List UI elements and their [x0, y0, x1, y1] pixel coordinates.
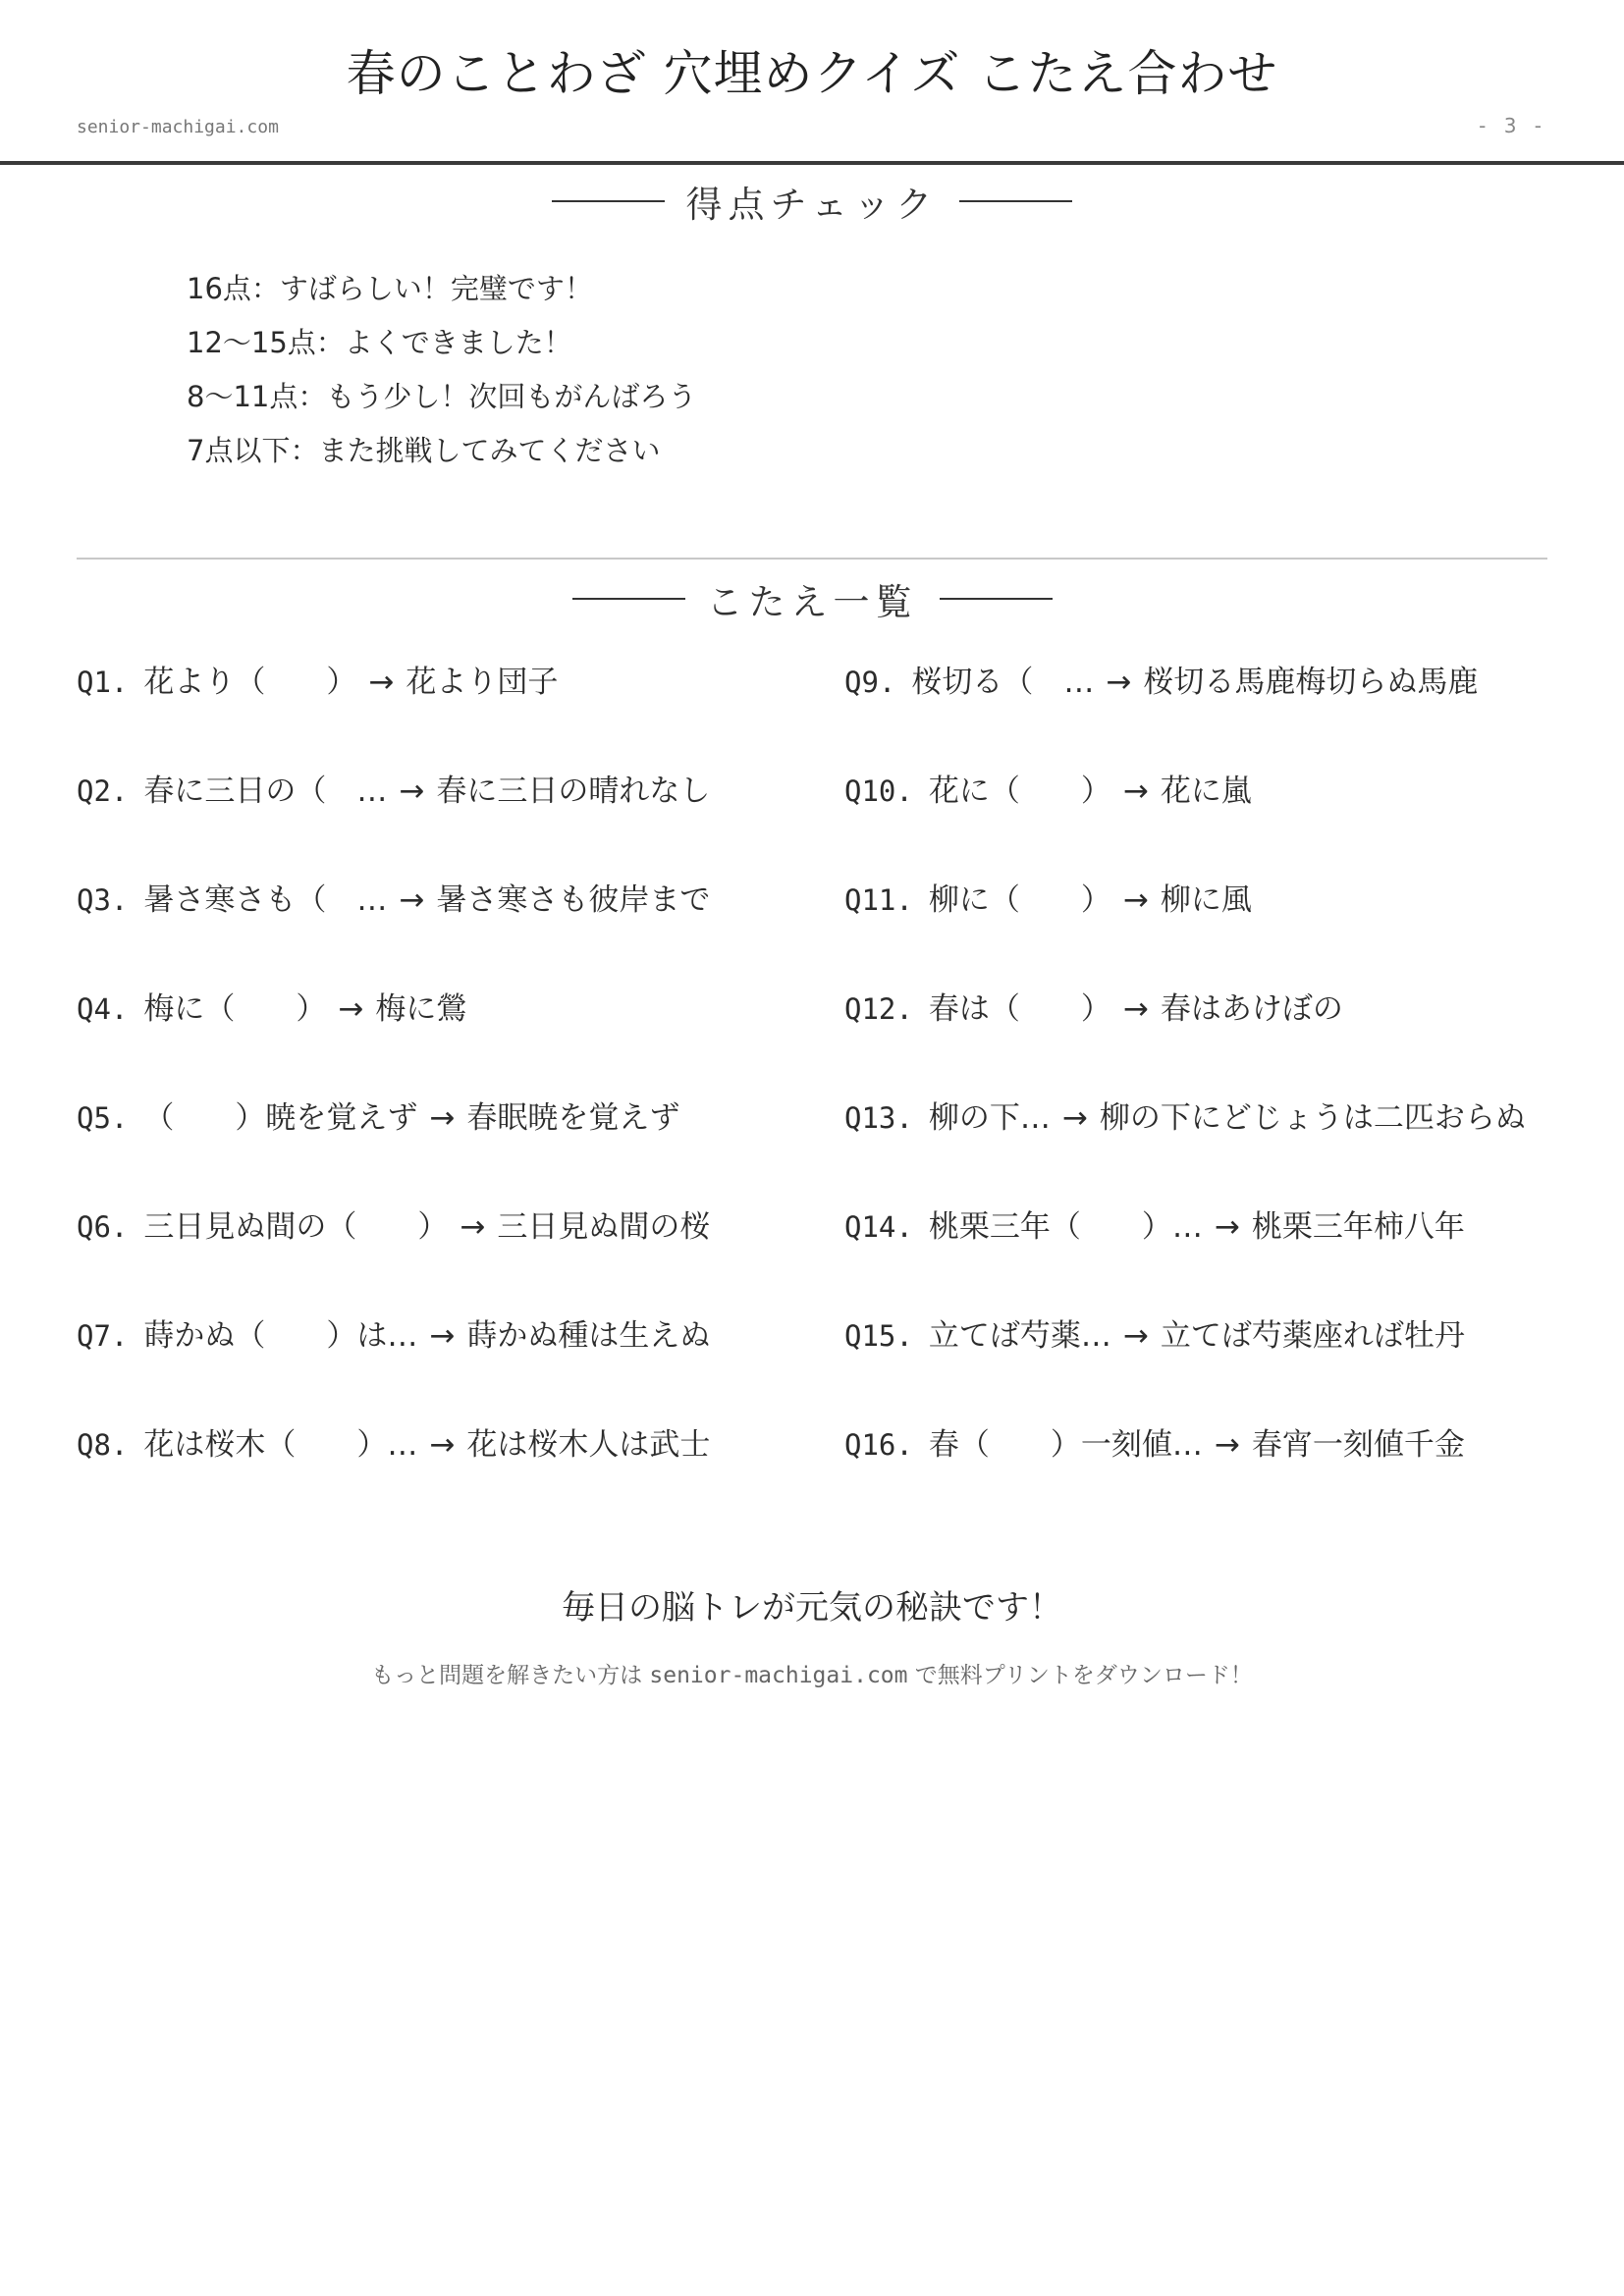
- score-item: 12～15点：よくできました！: [187, 321, 696, 375]
- answer-text: 蒔かぬ種は生えぬ: [466, 1318, 710, 1354]
- heading-rule-left: [552, 200, 665, 202]
- arrow-icon: →: [1123, 774, 1149, 809]
- arrow-icon: →: [368, 665, 394, 700]
- arrow-icon: →: [429, 1318, 455, 1354]
- answer-text: 暑さ寒さも彼岸まで: [436, 882, 710, 918]
- answer-text: 春はあけぼの: [1161, 991, 1343, 1027]
- question-text: 柳の下…: [929, 1100, 1051, 1136]
- question-number: Q4.: [77, 992, 128, 1026]
- score-item: 8～11点：もう少し！次回もがんばろう: [187, 375, 696, 429]
- answer-row: Q2.春に三日の（ …→春に三日の晴れなし: [77, 765, 844, 874]
- score-check-heading: 得点チェック: [0, 177, 1624, 226]
- question-text: （ ）暁を覚えず: [143, 1100, 417, 1136]
- page-title: 春のことわざ 穴埋めクイズ こたえ合わせ: [0, 39, 1624, 108]
- score-item: 16点：すばらしい！完璧です！: [187, 267, 696, 321]
- heading-rule-right: [940, 598, 1053, 600]
- answer-row: Q9.桜切る（ …→桜切る馬鹿梅切らぬ馬鹿: [844, 656, 1608, 765]
- question-text: 春は（ ）: [929, 991, 1111, 1027]
- arrow-icon: →: [1123, 991, 1149, 1027]
- answer-text: 花は桜木人は武士: [466, 1427, 710, 1463]
- footer-sub-prefix: もっと問題を解きたい方は: [371, 1663, 649, 1688]
- answer-row: Q12.春は（ ）→春はあけぼの: [844, 983, 1608, 1092]
- answer-row: Q11.柳に（ ）→柳に風: [844, 874, 1608, 983]
- arrow-icon: →: [1215, 1209, 1240, 1245]
- answer-row: Q6.三日見ぬ間の（ ）→三日見ぬ間の桜: [77, 1201, 844, 1309]
- heading-rule-left: [572, 598, 685, 600]
- question-number: Q10.: [844, 774, 913, 808]
- question-text: 暑さ寒さも（ …: [143, 882, 387, 918]
- answer-row: Q1.花より（ ）→花より団子: [77, 656, 844, 765]
- heading-rule-right: [959, 200, 1072, 202]
- arrow-icon: →: [429, 1100, 455, 1136]
- arrow-icon: →: [399, 774, 424, 809]
- arrow-icon: →: [1215, 1427, 1240, 1463]
- question-number: Q1.: [77, 666, 128, 699]
- answer-list: Q1.花より（ ）→花より団子 Q2.春に三日の（ …→春に三日の晴れなし Q3…: [77, 656, 1608, 1527]
- page-number: - 3 -: [1479, 114, 1547, 137]
- question-text: 蒔かぬ（ ）は…: [143, 1318, 417, 1354]
- score-check-title: 得点チェック: [686, 175, 939, 228]
- answer-row: Q4.梅に（ ）→梅に鶯: [77, 983, 844, 1092]
- question-number: Q13.: [844, 1101, 913, 1135]
- section-divider: [77, 558, 1547, 560]
- answer-text: 春眠暁を覚えず: [466, 1100, 679, 1136]
- arrow-icon: →: [1123, 882, 1149, 918]
- question-number: Q14.: [844, 1210, 913, 1244]
- answer-text: 桜切る馬鹿梅切らぬ馬鹿: [1143, 665, 1478, 700]
- question-number: Q6.: [77, 1210, 128, 1244]
- question-text: 花は桜木（ ）…: [143, 1427, 417, 1463]
- question-number: Q3.: [77, 883, 128, 917]
- site-url: senior-machigai.com: [77, 117, 279, 137]
- score-item: 7点以下：また挑戦してみてください: [187, 429, 696, 483]
- footer-message: 毎日の脳トレが元気の秘訣です！: [0, 1580, 1624, 1629]
- question-number: Q12.: [844, 992, 913, 1026]
- answer-text: 三日見ぬ間の桜: [497, 1209, 710, 1245]
- question-text: 花に（ ）: [929, 774, 1111, 809]
- arrow-icon: →: [1062, 1100, 1088, 1136]
- arrow-icon: →: [429, 1427, 455, 1463]
- answer-text: 春に三日の晴れなし: [436, 774, 710, 809]
- question-number: Q9.: [844, 666, 895, 699]
- answer-text: 春宵一刻値千金: [1252, 1427, 1465, 1463]
- answer-row: Q8.花は桜木（ ）…→花は桜木人は武士: [77, 1418, 844, 1527]
- score-list: 16点：すばらしい！完璧です！ 12～15点：よくできました！ 8～11点：もう…: [187, 267, 696, 483]
- question-text: 春に三日の（ …: [143, 774, 387, 809]
- arrow-icon: →: [338, 991, 363, 1027]
- question-text: 柳に（ ）: [929, 882, 1111, 918]
- arrow-icon: →: [399, 882, 424, 918]
- answer-row: Q7.蒔かぬ（ ）は…→蒔かぬ種は生えぬ: [77, 1309, 844, 1418]
- footer-site-link[interactable]: senior-machigai.com: [649, 1663, 907, 1688]
- question-number: Q7.: [77, 1319, 128, 1353]
- answer-text: 花に嵐: [1161, 774, 1252, 809]
- footer-sub-suffix: で無料プリントをダウンロード！: [908, 1663, 1253, 1688]
- answer-row: Q13.柳の下…→柳の下にどじょうは二匹おらぬ: [844, 1092, 1608, 1201]
- answer-text: 柳に風: [1161, 882, 1252, 918]
- answer-row: Q5.（ ）暁を覚えず→春眠暁を覚えず: [77, 1092, 844, 1201]
- answer-row: Q15.立てば芍薬…→立てば芍薬座れば牡丹: [844, 1309, 1608, 1418]
- answer-text: 梅に鶯: [375, 991, 466, 1027]
- question-text: 桃栗三年（ ）…: [929, 1209, 1203, 1245]
- answer-text: 柳の下にどじょうは二匹おらぬ: [1100, 1100, 1526, 1136]
- question-number: Q8.: [77, 1428, 128, 1462]
- question-text: 花より（ ）: [143, 665, 356, 700]
- question-text: 立てば芍薬…: [929, 1318, 1111, 1354]
- answer-row: Q10.花に（ ）→花に嵐: [844, 765, 1608, 874]
- footer-download-note: もっと問題を解きたい方は senior-machigai.com で無料プリント…: [0, 1657, 1624, 1689]
- question-number: Q16.: [844, 1428, 913, 1462]
- arrow-icon: →: [1123, 1318, 1149, 1354]
- question-text: 梅に（ ）: [143, 991, 326, 1027]
- question-number: Q15.: [844, 1319, 913, 1353]
- answer-row: Q3.暑さ寒さも（ …→暑さ寒さも彼岸まで: [77, 874, 844, 983]
- question-number: Q5.: [77, 1101, 128, 1135]
- answer-row: Q16.春（ ）一刻値…→春宵一刻値千金: [844, 1418, 1608, 1527]
- question-text: 春（ ）一刻値…: [929, 1427, 1203, 1463]
- header-rule: [0, 161, 1624, 165]
- answer-text: 立てば芍薬座れば牡丹: [1161, 1318, 1465, 1354]
- question-number: Q11.: [844, 883, 913, 917]
- arrow-icon: →: [1106, 665, 1131, 700]
- answer-text: 花より団子: [406, 665, 558, 700]
- answers-title: こたえ一覧: [707, 572, 918, 625]
- answer-text: 桃栗三年柿八年: [1252, 1209, 1465, 1245]
- question-text: 桜切る（ …: [911, 665, 1094, 700]
- arrow-icon: →: [460, 1209, 485, 1245]
- answers-heading: こたえ一覧: [0, 574, 1624, 623]
- question-text: 三日見ぬ間の（ ）: [143, 1209, 448, 1245]
- question-number: Q2.: [77, 774, 128, 808]
- answer-row: Q14.桃栗三年（ ）…→桃栗三年柿八年: [844, 1201, 1608, 1309]
